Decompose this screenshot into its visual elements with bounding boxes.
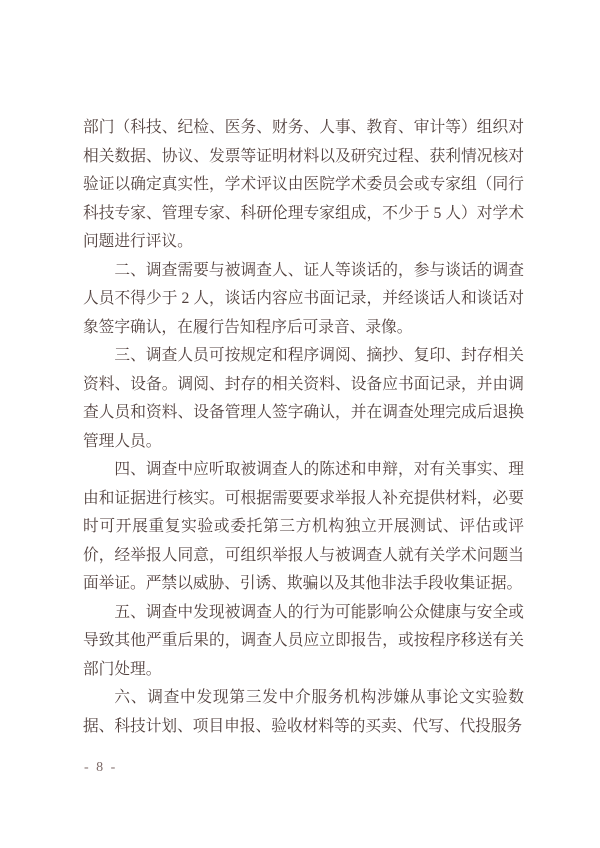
page-number: - 8 - — [84, 758, 117, 778]
document-body: 部门（科技、纪检、医务、财务、人事、教育、审计等）组织对相关数据、协议、发票等证… — [83, 114, 524, 741]
paragraph-1: 部门（科技、纪检、医务、财务、人事、教育、审计等）组织对相关数据、协议、发票等证… — [83, 114, 524, 257]
paragraph-5: 五、调查中发现被调查人的行为可能影响公众健康与安全或导致其他严重后果的，调查人员… — [83, 599, 524, 685]
paragraph-3: 三、调查人员可按规定和程序调阅、摘抄、复印、封存相关资料、设备。调阅、封存的相关… — [83, 342, 524, 456]
paragraph-6: 六、调查中发现第三发中介服务机构涉嫌从事论文实验数据、科技计划、项目申报、验收材… — [83, 684, 524, 741]
document-page: 部门（科技、纪检、医务、财务、人事、教育、审计等）组织对相关数据、协议、发票等证… — [0, 0, 600, 848]
paragraph-2: 二、调查需要与被调查人、证人等谈话的，参与谈话的调查人员不得少于 2 人，谈话内… — [83, 257, 524, 343]
paragraph-4: 四、调查中应听取被调查人的陈述和申辩，对有关事实、理由和证据进行核实。可根据需要… — [83, 456, 524, 599]
